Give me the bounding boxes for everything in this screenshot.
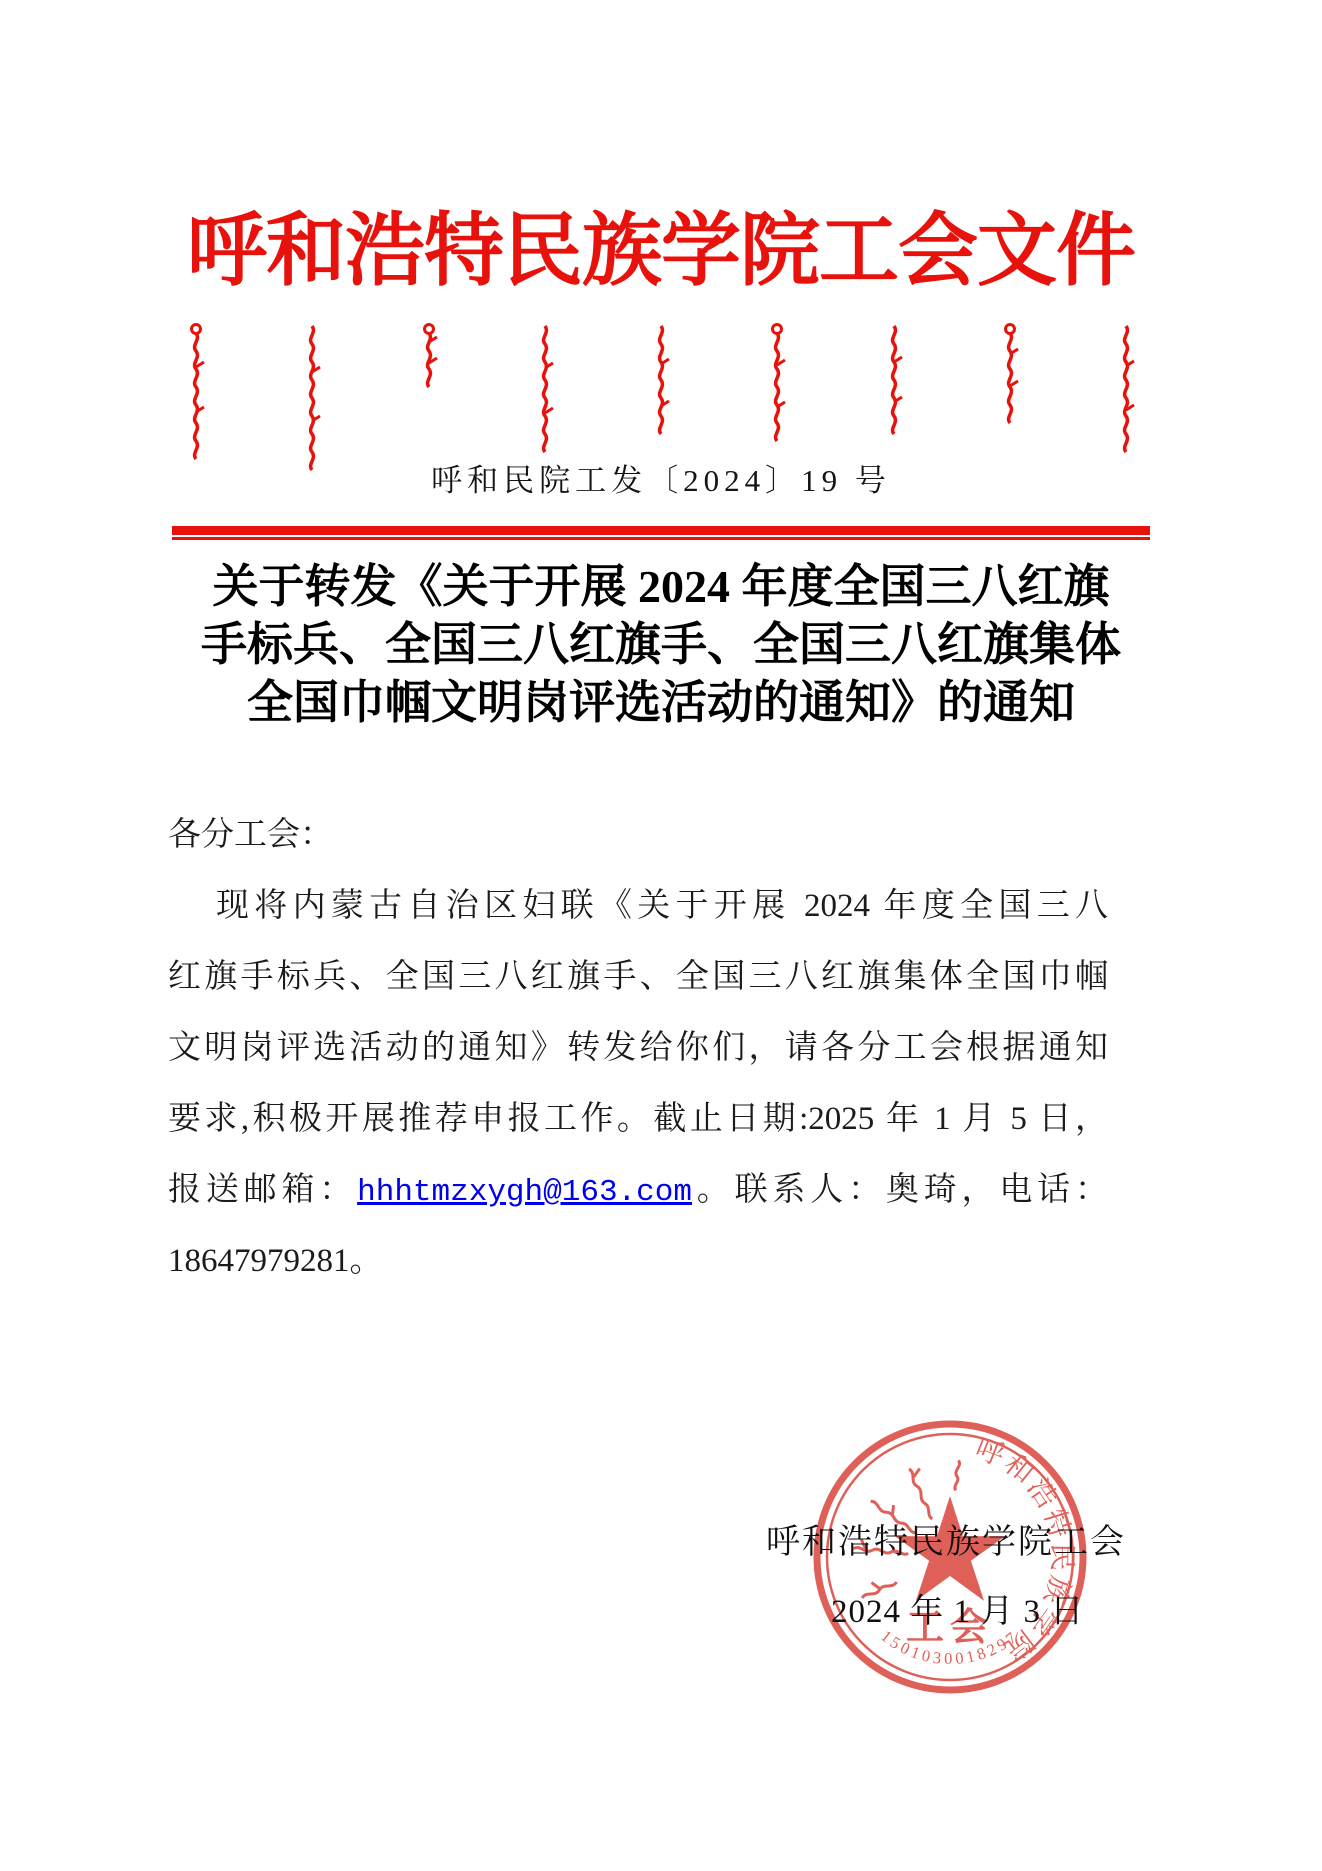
mongolian-script-column [419,322,439,390]
mongolian-script-column [535,322,555,462]
letterhead-org-title: 呼和浩特民族学院工会文件 [0,186,1322,301]
mongolian-script-column [884,322,904,446]
doc-title: 关于转发《关于开展 2024 年度全国三八红旗 手标兵、全国三八红旗手、全国三八… [0,558,1322,732]
body-text: 各分工会： 现将内蒙古自治区妇联《关于开展 2024 年度全国三八 红旗手标兵、… [168,800,1108,1297]
mongolian-script-row [186,322,1136,472]
signature-date: 2024 年 1 月 3 日 [831,1585,1084,1632]
doc-title-line3: 全国巾帼文明岗评选活动的通知》的通知 [0,674,1322,732]
contact-info: 。联系人：奥琦，电话： [692,1172,1108,1208]
mongolian-script-column [186,322,206,460]
salutation: 各分工会： [168,800,1108,871]
doc-title-line2: 手标兵、全国三八红旗手、全国三八红旗集体 [0,616,1322,674]
mongolian-script-column [767,322,787,454]
phone-number: 18647979281。 [168,1226,1108,1297]
document-page: 呼和浩特民族学院工会文件 呼和民院工发〔2024〕19 号 关于转发《关于开展 … [0,0,1322,1871]
mongolian-script-column [651,322,671,452]
body-line: 要求,积极开展推荐申报工作。截止日期:2025 年 1 月 5 日， [168,1084,1108,1155]
mongolian-script-column [1000,322,1020,424]
body-line: 文明岗评选活动的通知》转发给你们，请各分工会根据通知 [168,1013,1108,1084]
body-line-email: 报送邮箱：hhhtmzxygh@163.com。联系人：奥琦，电话： [168,1155,1108,1226]
body-line: 红旗手标兵、全国三八红旗手、全国三八红旗集体全国巾帼 [168,942,1108,1013]
doc-number: 呼和民院工发〔2024〕19 号 [0,455,1322,500]
email-link[interactable]: hhhtmzxygh@163.com [357,1175,692,1210]
mongolian-script-column [302,322,322,474]
doc-title-line1: 关于转发《关于开展 2024 年度全国三八红旗 [0,558,1322,616]
mongolian-script-column [1116,322,1136,458]
red-divider-thick [172,526,1150,535]
red-divider-thin [172,537,1150,540]
email-label: 报送邮箱： [168,1172,357,1208]
body-line: 现将内蒙古自治区妇联《关于开展 2024 年度全国三八 [168,871,1108,942]
signature-org: 呼和浩特民族学院工会 [766,1514,1126,1563]
red-divider [172,526,1150,540]
